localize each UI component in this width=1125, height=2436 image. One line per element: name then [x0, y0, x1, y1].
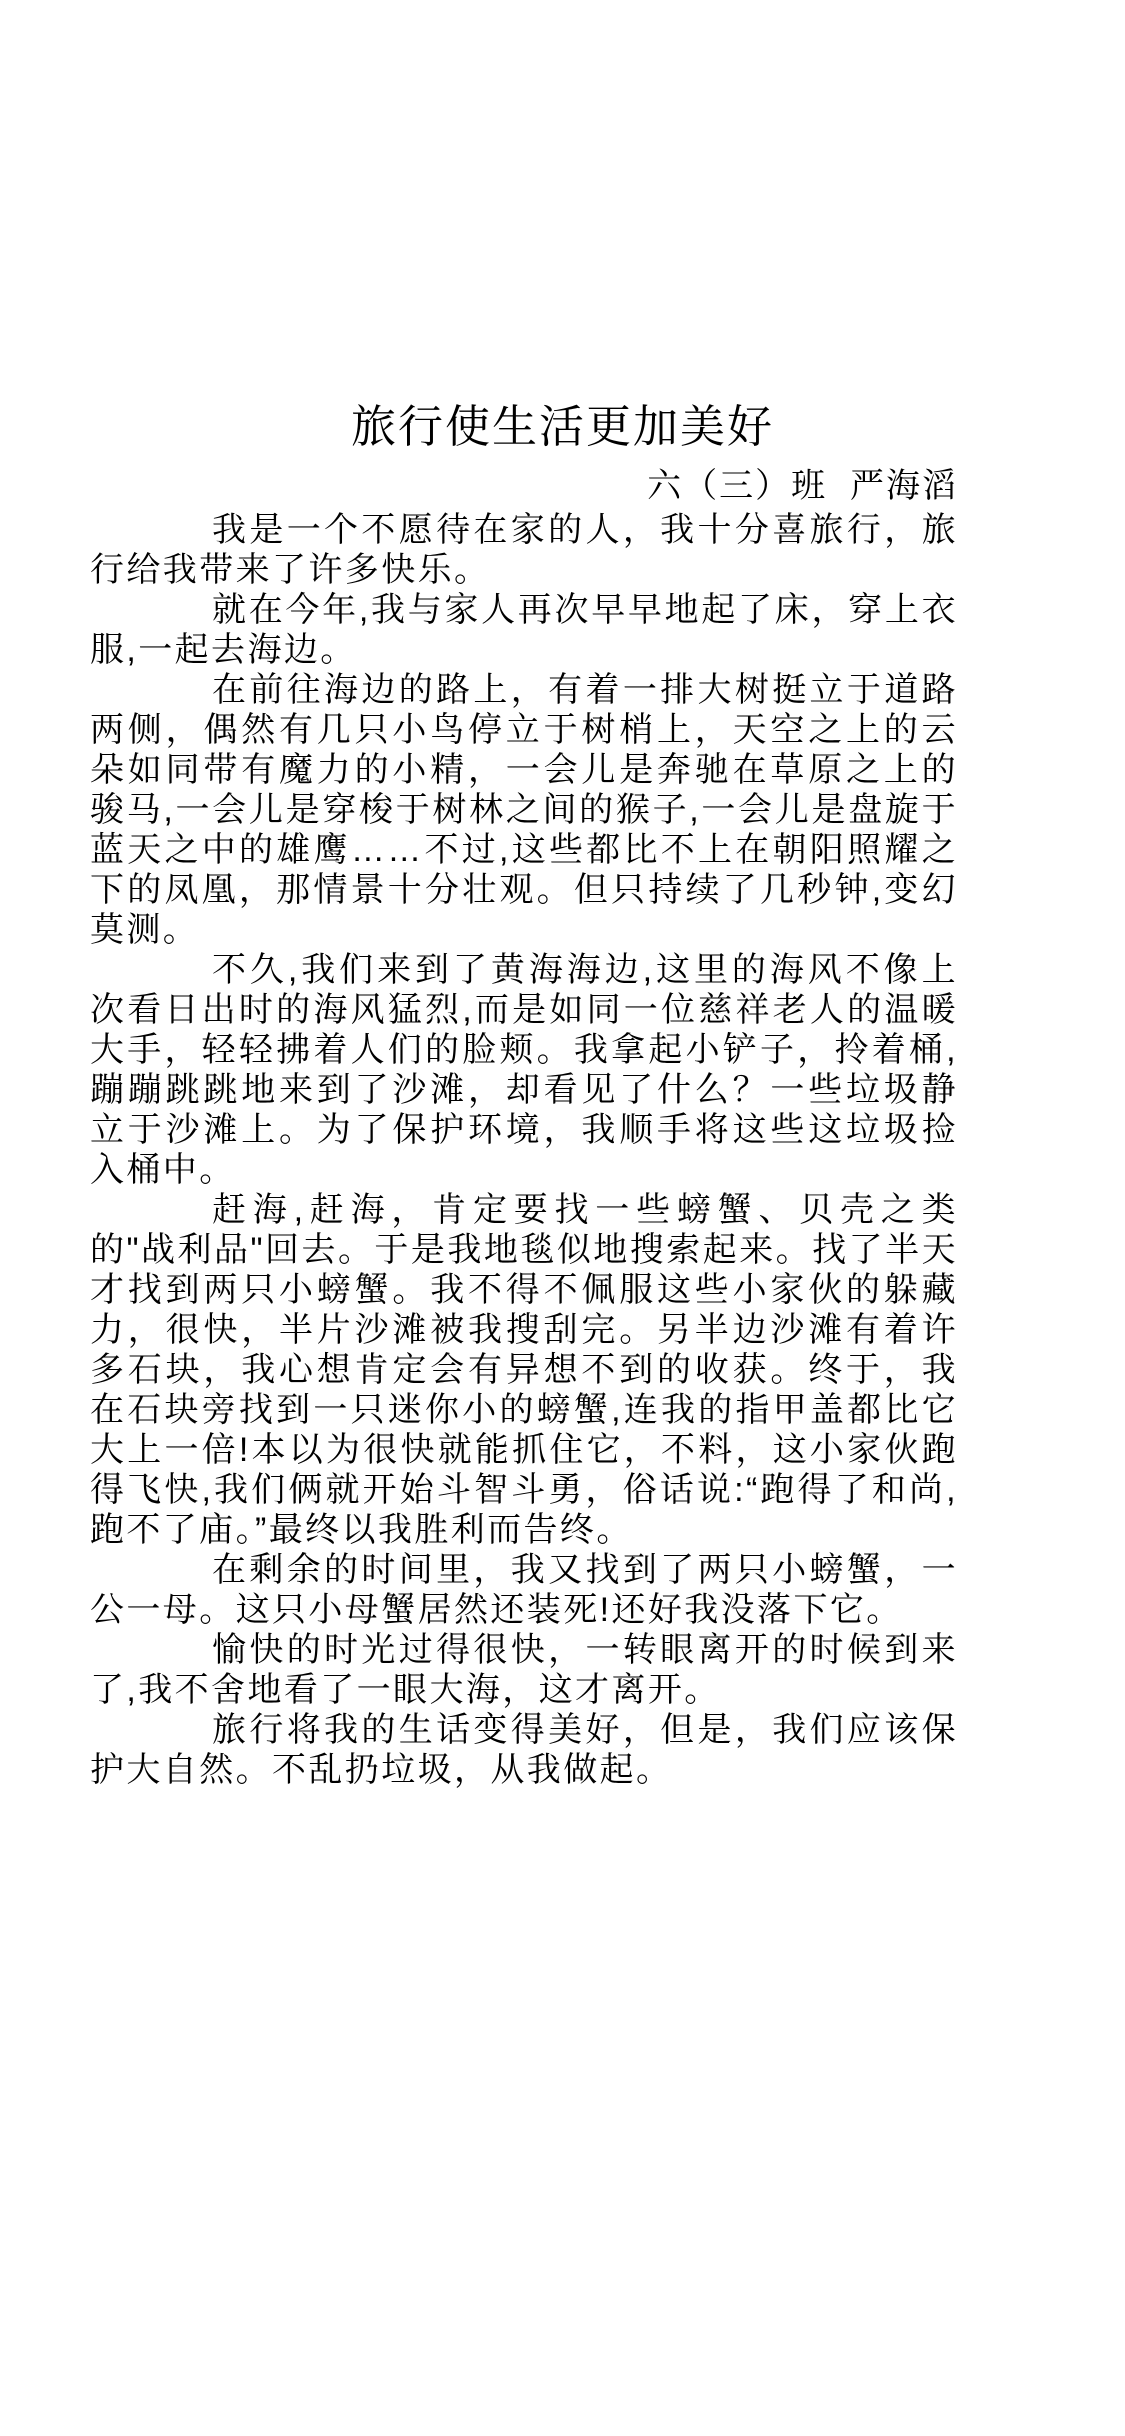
essay-text-column: 六（三）班 严海滔 我是一个不愿待在家的人，我十分喜旅行，旅行给我带来了许多快乐…: [90, 462, 958, 1790]
essay-paragraph: 愉快的时光过得很快，一转眼离开的时候到来了,我不舍地看了一眼大海，这才离开。: [90, 1630, 958, 1710]
essay-paragraph: 在剩余的时间里，我又找到了两只小螃蟹，一公一母。这只小母蟹居然还装死!还好我没落…: [90, 1550, 958, 1630]
essay-byline: 六（三）班 严海滔: [90, 462, 958, 510]
essay-page: { "document": { "title": "旅行使生活更加美好", "b…: [0, 0, 1125, 2436]
essay-title: 旅行使生活更加美好: [0, 398, 1125, 456]
essay-paragraph: 不久,我们来到了黄海海边,这里的海风不像上次看日出时的海风猛烈,而是如同一位慈祥…: [90, 950, 958, 1190]
essay-paragraph: 赶海,赶海，肯定要找一些螃蟹、贝壳之类的"战利品"回去。于是我地毯似地搜索起来。…: [90, 1190, 958, 1550]
essay-paragraph: 就在今年,我与家人再次早早地起了床，穿上衣服,一起去海边。: [90, 590, 958, 670]
essay-document: 旅行使生活更加美好 六（三）班 严海滔 我是一个不愿待在家的人，我十分喜旅行，旅…: [0, 398, 1125, 1790]
essay-paragraph: 我是一个不愿待在家的人，我十分喜旅行，旅行给我带来了许多快乐。: [90, 510, 958, 590]
essay-body: 我是一个不愿待在家的人，我十分喜旅行，旅行给我带来了许多快乐。 就在今年,我与家…: [90, 510, 958, 1790]
essay-paragraph: 旅行将我的生话变得美好，但是，我们应该保护大自然。不乱扔垃圾，从我做起。: [90, 1710, 958, 1790]
essay-paragraph: 在前往海边的路上，有着一排大树挺立于道路两侧，偶然有几只小鸟停立于树梢上，天空之…: [90, 670, 958, 950]
